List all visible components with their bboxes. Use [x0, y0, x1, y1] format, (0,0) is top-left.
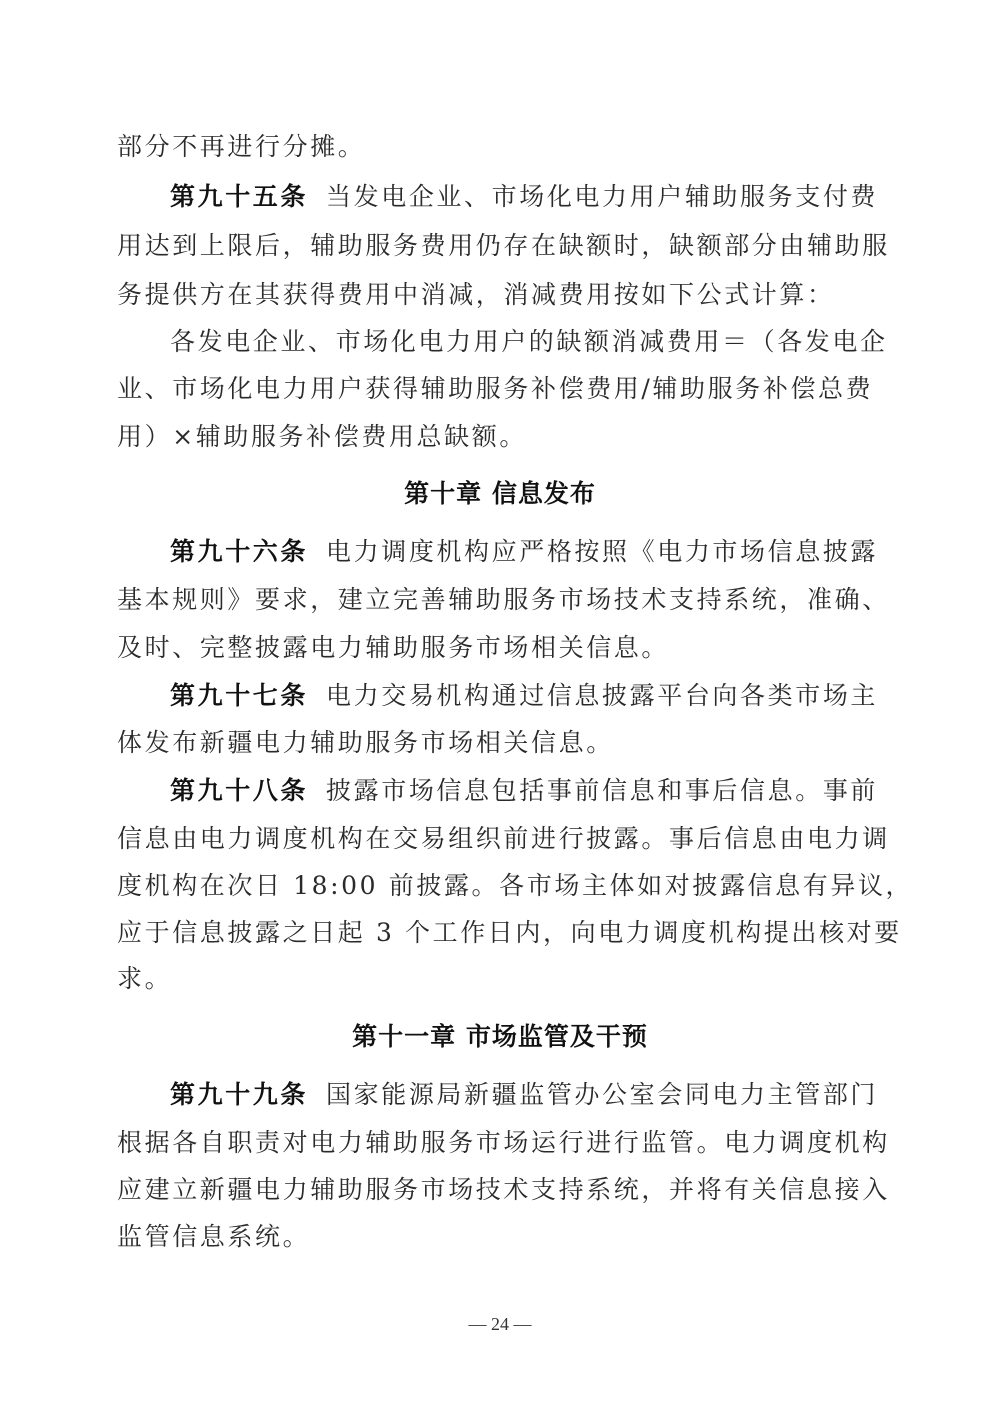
article-99-first-line: 第九十九条国家能源局新疆监管办公室会同电力主管部门: [170, 1078, 883, 1112]
chapter-11-title: 第十一章 市场监管及干预: [0, 1020, 1000, 1054]
formula-line: 业、市场化电力用户获得辅助服务补偿费用/辅助服务补偿总费: [117, 372, 883, 406]
paragraph-line: 用达到上限后，辅助服务费用仍存在缺额时，缺额部分由辅助服: [117, 229, 883, 263]
article-95-text: 当发电企业、市场化电力用户辅助服务支付费: [326, 182, 878, 211]
article-98-first-line: 第九十八条披露市场信息包括事前信息和事后信息。事前: [170, 774, 883, 808]
article-97-label: 第九十七条: [170, 681, 308, 710]
paragraph-line: 基本规则》要求，建立完善辅助服务市场技术支持系统，准确、: [117, 583, 883, 617]
article-99-label: 第九十九条: [170, 1080, 308, 1109]
article-97-first-line: 第九十七条电力交易机构通过信息披露平台向各类市场主: [170, 679, 883, 713]
paragraph-line: 及时、完整披露电力辅助服务市场相关信息。: [117, 631, 883, 665]
article-95-label: 第九十五条: [170, 182, 308, 211]
formula-line: 各发电企业、市场化电力用户的缺额消减费用＝（各发电企: [170, 325, 883, 359]
article-96-first-line: 第九十六条电力调度机构应严格按照《电力市场信息披露: [170, 535, 883, 569]
paragraph-line: 务提供方在其获得费用中消减，消减费用按如下公式计算：: [117, 278, 883, 312]
paragraph-line: 应于信息披露之日起 3 个工作日内，向电力调度机构提出核对要: [117, 916, 883, 950]
page-number: — 24 —: [0, 1312, 1000, 1336]
article-95-first-line: 第九十五条当发电企业、市场化电力用户辅助服务支付费: [170, 180, 883, 214]
article-98-text: 披露市场信息包括事前信息和事后信息。事前: [326, 776, 878, 805]
paragraph-line: 求。: [117, 962, 883, 996]
article-99-text: 国家能源局新疆监管办公室会同电力主管部门: [326, 1080, 878, 1109]
formula-line: 用）×辅助服务补偿费用总缺额。: [117, 420, 883, 454]
document-page: 部分不再进行分摊。 第九十五条当发电企业、市场化电力用户辅助服务支付费 用达到上…: [0, 0, 1000, 1414]
article-97-text: 电力交易机构通过信息披露平台向各类市场主: [326, 681, 878, 710]
article-96-text: 电力调度机构应严格按照《电力市场信息披露: [326, 537, 878, 566]
paragraph-line: 应建立新疆电力辅助服务市场技术支持系统，并将有关信息接入: [117, 1173, 883, 1207]
paragraph-line: 部分不再进行分摊。: [117, 130, 883, 164]
paragraph-line: 根据各自职责对电力辅助服务市场运行进行监管。电力调度机构: [117, 1126, 883, 1160]
paragraph-line: 监管信息系统。: [117, 1220, 883, 1254]
article-98-label: 第九十八条: [170, 776, 308, 805]
article-96-label: 第九十六条: [170, 537, 308, 566]
chapter-10-title: 第十章 信息发布: [0, 477, 1000, 511]
paragraph-line: 度机构在次日 18:00 前披露。各市场主体如对披露信息有异议，: [117, 869, 883, 903]
paragraph-line: 体发布新疆电力辅助服务市场相关信息。: [117, 726, 883, 760]
paragraph-line: 信息由电力调度机构在交易组织前进行披露。事后信息由电力调: [117, 822, 883, 856]
